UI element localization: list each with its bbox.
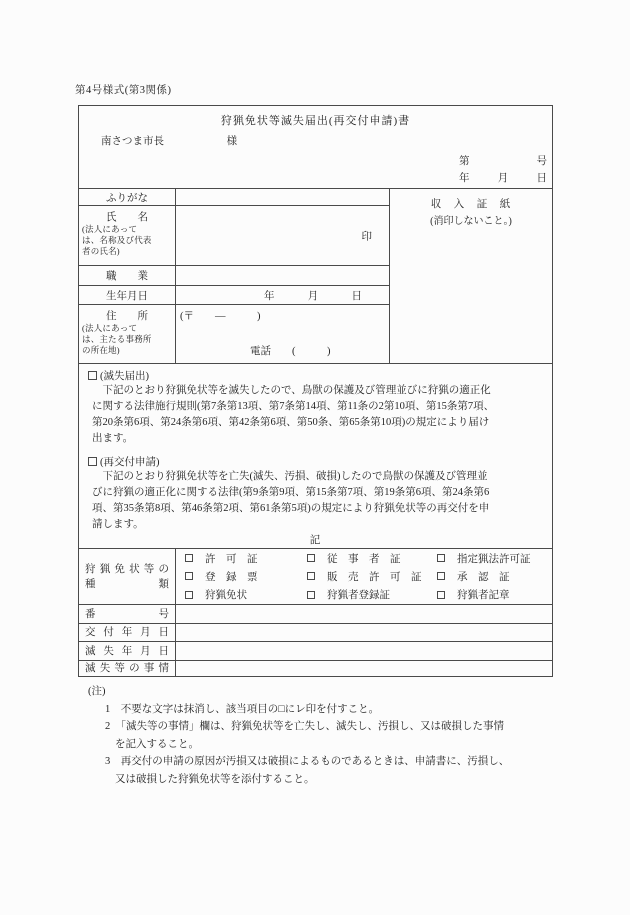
type-option: 従 事 者 証: [307, 549, 437, 567]
type-option-label: 許 可 証: [205, 551, 258, 566]
type-option-label: 従 事 者 証: [327, 551, 401, 566]
reissue-application-body: 下記のとおり狩猟免状等を亡失(滅失、汚損、破損)したので鳥獣の保護及び管理並 び…: [88, 469, 543, 533]
checkbox-icon: [185, 554, 193, 562]
type-option: 狩猟免状: [185, 586, 307, 604]
furigana-label: ふりがな: [79, 189, 176, 205]
type-option: 狩猟者登録証: [307, 586, 437, 604]
form-number: 第4号様式(第3関係): [75, 82, 172, 97]
loss-circumstances-field: [176, 661, 552, 676]
issue-date-label: 交付年月日: [85, 625, 169, 640]
type-option-label: 狩猟者記章: [457, 587, 510, 602]
name-label: 氏 名: [106, 209, 148, 224]
loss-report-heading: (滅失届出): [88, 367, 543, 383]
checkbox-icon: [88, 457, 97, 466]
form-title: 狩猟免状等滅失届出(再交付申請)書: [79, 112, 552, 128]
type-option-label: 指定猟法許可証: [457, 551, 531, 566]
reissue-application-declaration: (再交付申請) 下記のとおり狩猟免状等を亡失(滅失、汚損、破損)したので鳥獣の保…: [88, 453, 543, 533]
birth-year-label: 年: [264, 288, 275, 303]
birthdate-field: 年 月 日: [176, 286, 389, 304]
address-label: 住 所: [106, 308, 148, 323]
date-year-label: 年: [459, 170, 470, 185]
applicant-fields: ふりがな 氏 名 (法人にあって は、名称及び代表 者の氏名) 印 職 業: [79, 189, 389, 363]
license-number-row: 番号: [79, 605, 552, 624]
type-option-label: 狩猟者登録証: [327, 587, 390, 602]
license-type-options: 許 可 証 従 事 者 証 指定猟法許可証 登 録 票 販 売 許 可 証 承 …: [176, 549, 552, 604]
loss-date-field: [176, 642, 552, 660]
checkbox-icon: [437, 554, 445, 562]
type-option-label: 販 売 許 可 証: [327, 569, 422, 584]
birthdate-label: 生年月日: [79, 286, 176, 304]
revenue-stamp-note: (消印しないこと。): [390, 212, 552, 227]
revenue-stamp-cell: 収 入 証 紙 (消印しないこと。): [389, 189, 552, 363]
doc-no-prefix: 第: [459, 153, 470, 168]
honorific: 様: [227, 136, 238, 147]
loss-report-label: (滅失届出): [100, 368, 149, 383]
name-row: 氏 名 (法人にあって は、名称及び代表 者の氏名) 印: [79, 206, 389, 266]
type-option: 指定猟法許可証: [437, 549, 552, 567]
date-day-label: 日: [537, 170, 548, 185]
issue-date-label-cell: 交付年月日: [79, 624, 176, 641]
address-corporate-note: (法人にあって は、主たる事務所 の所在地): [79, 323, 152, 356]
checkbox-icon: [307, 554, 315, 562]
type-option: 許 可 証: [185, 549, 307, 567]
license-type-label-line1: 狩猟免状等の: [85, 562, 169, 577]
revenue-stamp-title: 収 入 証 紙: [390, 196, 552, 211]
note-item: 2 「滅失等の事情」欄は、狩猟免状等を亡失し、滅失し、汚損し、又は破損した事情 …: [85, 718, 555, 753]
note-item: 1 不要な文字は抹消し、該当項目の□にレ印を付すこと。: [85, 701, 555, 719]
furigana-row: ふりがな: [79, 189, 389, 206]
addressee-line: 南さつま市長 様: [79, 133, 552, 148]
loss-report-declaration: (滅失届出) 下記のとおり狩猟免状等を滅失したので、鳥獣の保護及び管理並びに狩猟…: [88, 367, 543, 447]
furigana-field: [176, 189, 389, 205]
license-number-label: 番号: [85, 607, 169, 622]
form-outer-border: 狩猟免状等滅失届出(再交付申請)書 南さつま市長 様 第 号 年 月 日 ふりが…: [78, 105, 553, 677]
notes-section: (注) 1 不要な文字は抹消し、該当項目の□にレ印を付すこと。 2 「滅失等の事…: [85, 683, 555, 788]
birth-month-label: 月: [308, 288, 319, 303]
notes-heading: (注): [85, 683, 555, 701]
phone-line: 電話 ( ): [250, 343, 331, 358]
loss-circumstances-label-cell: 滅失等の事情: [79, 661, 176, 676]
checkbox-icon: [307, 591, 315, 599]
addressee: 南さつま市長: [101, 136, 164, 147]
checkbox-icon: [88, 371, 97, 380]
reissue-application-heading: (再交付申請): [88, 453, 543, 469]
license-type-label-line2: 種類: [85, 577, 169, 592]
license-type-label-cell: 狩猟免状等の 種類: [79, 549, 176, 604]
name-corporate-note: (法人にあって は、名称及び代表 者の氏名): [79, 224, 152, 257]
seal-mark: 印: [362, 228, 373, 243]
name-label-cell: 氏 名 (法人にあって は、名称及び代表 者の氏名): [79, 206, 176, 265]
checkbox-icon: [185, 591, 193, 599]
record-heading: 記: [88, 534, 543, 548]
address-label-cell: 住 所 (法人にあって は、主たる事務所 の所在地): [79, 305, 176, 364]
document-number-line: 第 号: [459, 153, 547, 168]
license-number-label-cell: 番号: [79, 605, 176, 623]
license-number-field: [176, 605, 552, 623]
checkbox-icon: [437, 572, 445, 580]
occupation-field: [176, 266, 389, 285]
license-type-row: 狩猟免状等の 種類 許 可 証 従 事 者 証 指定猟法許可証 登 録 票 販 …: [79, 549, 552, 605]
loss-date-label-cell: 滅失年月日: [79, 642, 176, 660]
checkbox-icon: [185, 572, 193, 580]
loss-report-body: 下記のとおり狩猟免状等を滅失したので、鳥獣の保護及び管理並びに狩猟の適正化 に関…: [88, 383, 543, 447]
type-option-label: 登 録 票: [205, 569, 258, 584]
name-field: 印: [176, 206, 389, 265]
loss-circumstances-label: 滅失等の事情: [85, 661, 169, 676]
address-row: 住 所 (法人にあって は、主たる事務所 の所在地) (〒 ― ) 電話 ( ): [79, 305, 389, 364]
note-item: 3 再交付の申請の原因が汚損又は破損によるものであるときは、申請書に、汚損し、 …: [85, 753, 555, 788]
loss-circumstances-row: 滅失等の事情: [79, 661, 552, 676]
type-option-label: 承 認 証: [457, 569, 510, 584]
type-option: 承 認 証: [437, 567, 552, 585]
issue-date-field: [176, 624, 552, 641]
type-option: 登 録 票: [185, 567, 307, 585]
occupation-label: 職 業: [79, 266, 176, 285]
date-line: 年 月 日: [459, 170, 547, 185]
loss-date-label: 滅失年月日: [85, 644, 169, 659]
address-field: (〒 ― ) 電話 ( ): [176, 305, 389, 364]
declarations-section: (滅失届出) 下記のとおり狩猟免状等を滅失したので、鳥獣の保護及び管理並びに狩猟…: [79, 364, 552, 549]
birthdate-row: 生年月日 年 月 日: [79, 286, 389, 305]
occupation-row: 職 業: [79, 266, 389, 286]
doc-no-suffix: 号: [537, 153, 548, 168]
type-option-label: 狩猟免状: [205, 587, 247, 602]
checkbox-icon: [307, 572, 315, 580]
checkbox-icon: [437, 591, 445, 599]
type-option: 販 売 許 可 証: [307, 567, 437, 585]
type-option: 狩猟者記章: [437, 586, 552, 604]
scanned-form-page: 第4号様式(第3関係) 狩猟免状等滅失届出(再交付申請)書 南さつま市長 様 第…: [0, 0, 630, 915]
date-month-label: 月: [498, 170, 509, 185]
birth-day-label: 日: [352, 288, 363, 303]
loss-date-row: 滅失年月日: [79, 642, 552, 661]
applicant-section: ふりがな 氏 名 (法人にあって は、名称及び代表 者の氏名) 印 職 業: [79, 189, 552, 364]
form-header: 狩猟免状等滅失届出(再交付申請)書 南さつま市長 様 第 号 年 月 日: [79, 106, 552, 189]
reissue-application-label: (再交付申請): [100, 454, 160, 469]
issue-date-row: 交付年月日: [79, 624, 552, 642]
postal-code-line: (〒 ― ): [180, 308, 261, 323]
